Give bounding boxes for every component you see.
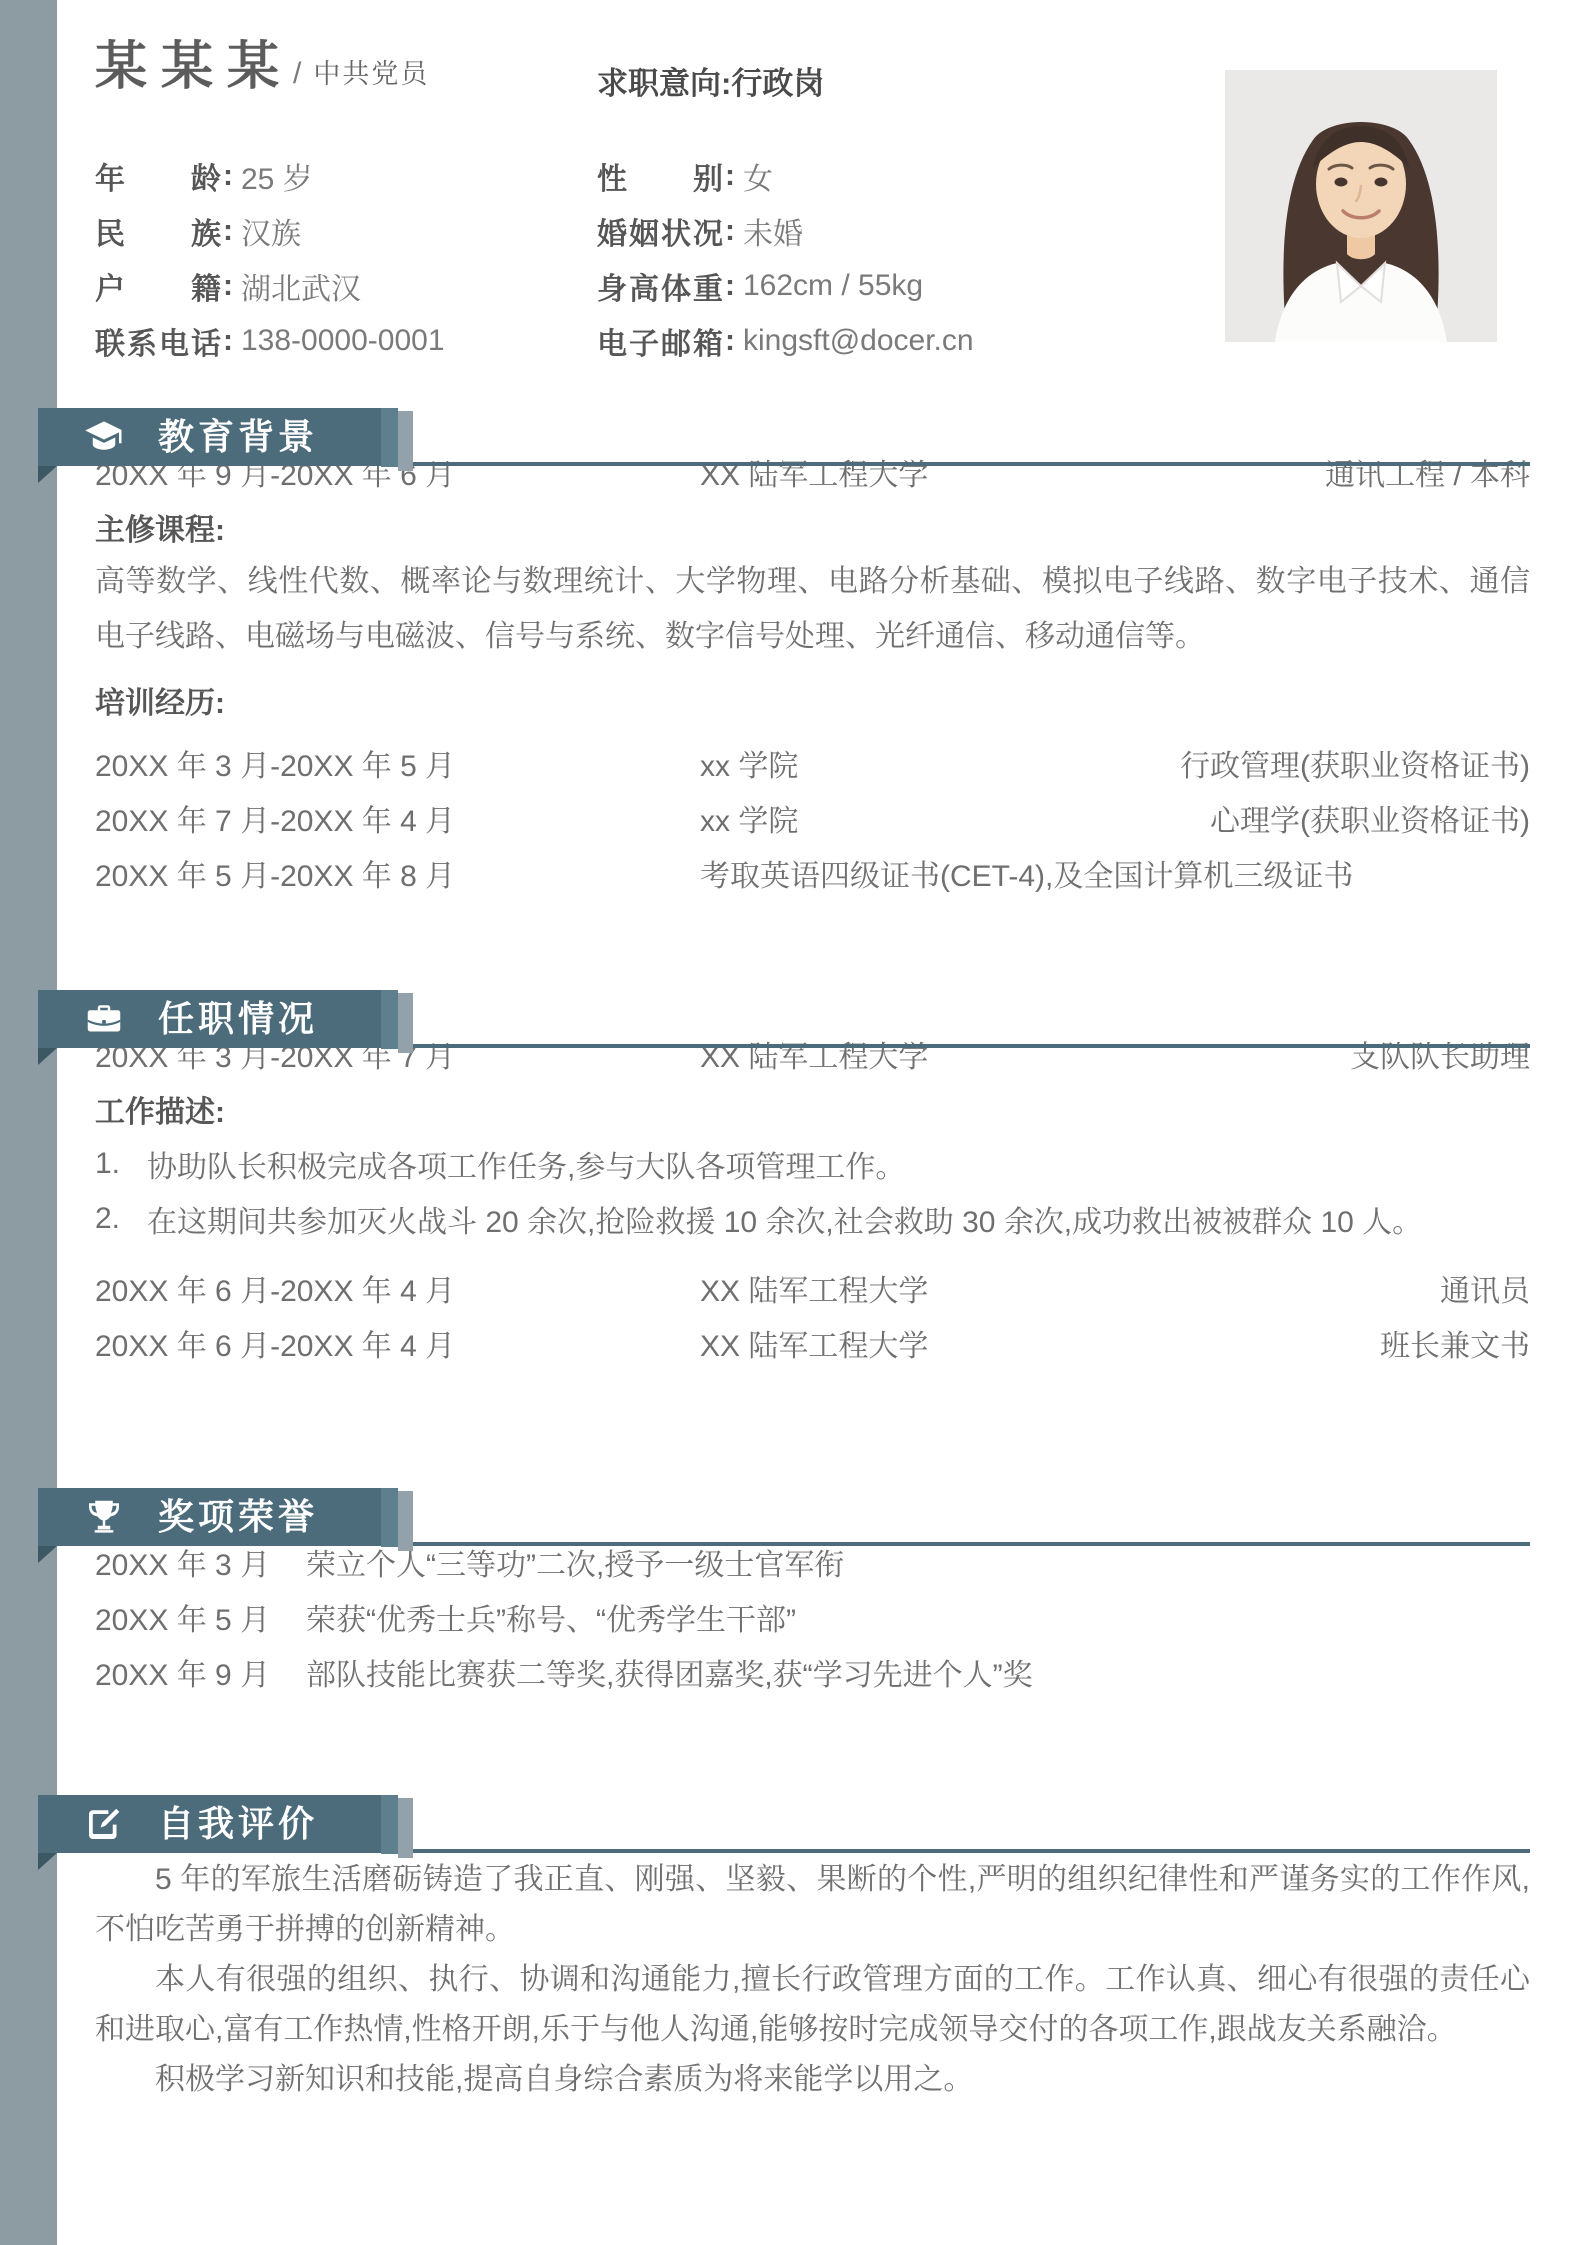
- work-desc-item: 1. 协助队长积极完成各项工作任务,参与大队各项管理工作。: [95, 1136, 1530, 1191]
- field-height-weight: 身高体重:162cm / 55kg: [597, 258, 974, 313]
- field-phone: 联系电话:138-0000-0001: [95, 313, 445, 368]
- work-desc-item: 2. 在这期间共参加灭火战斗 20 余次,抢险救援 10 余次,社会救助 30 …: [95, 1191, 1530, 1246]
- field-residence: 户籍:湖北武汉: [95, 258, 445, 313]
- ribbon-rule: [381, 1542, 1530, 1546]
- award-row: 20XX 年 5 月 荣获“优秀士兵”称号、“优秀学生干部”: [95, 1589, 1530, 1644]
- school-name: XX 陆军工程大学: [700, 450, 1325, 494]
- trophy-icon: [84, 1497, 124, 1537]
- section-education: 教育背景 20XX 年 9 月-20XX 年 6 月 XX 陆军工程大学 通讯工…: [0, 408, 1587, 900]
- field-gender: 性别:女: [597, 148, 974, 203]
- name-party-separator: /: [293, 57, 301, 91]
- self-eval-paragraph: 本人有很强的组织、执行、协调和沟通能力,擅长行政管理方面的工作。工作认真、细心有…: [95, 1955, 1530, 2055]
- name-block: 某某某 / 中共党员: [95, 42, 429, 94]
- ribbon-rule: [381, 462, 1530, 466]
- section-title: 教育背景: [158, 419, 318, 455]
- section-awards: 奖项荣誉 20XX 年 3 月 荣立个人“三等功”二次,授予一级士官军衔 20X…: [0, 1488, 1587, 1699]
- field-marital-status: 婚姻状况:未婚: [597, 203, 974, 258]
- award-text: 荣获“优秀士兵”称号、“优秀学生干部”: [306, 1595, 796, 1639]
- work-row: 20XX 年 6 月-20XX 年 4 月 XX 陆军工程大学 通讯员: [95, 1260, 1530, 1315]
- section-title: 自我评价: [158, 1806, 318, 1842]
- ribbon-fold: [38, 1048, 57, 1065]
- job-objective-label: 求职意向: [597, 66, 721, 101]
- self-eval-paragraph: 5 年的军旅生活磨砺铸造了我正直、刚强、坚毅、果断的个性,严明的组织纪律性和严谨…: [95, 1855, 1530, 1955]
- field-age: 年龄:25 岁: [95, 148, 445, 203]
- ribbon-mid-tab: [381, 1795, 398, 1854]
- ribbon-fold: [38, 1853, 57, 1870]
- major-degree: 通讯工程 / 本科: [1325, 450, 1530, 494]
- award-date: 20XX 年 5 月: [95, 1595, 306, 1639]
- courses-label: 主修课程:: [95, 499, 1530, 554]
- section-work: 任职情况 20XX 年 3 月-20XX 年 7 月 XX 陆军工程大学 支队队…: [0, 990, 1587, 1370]
- award-date: 20XX 年 3 月: [95, 1540, 306, 1584]
- org-name: XX 陆军工程大学: [700, 1032, 1350, 1076]
- section-title: 奖项荣誉: [158, 1499, 318, 1535]
- ribbon-end-tab: [398, 993, 413, 1053]
- ribbon-end-tab: [398, 411, 413, 471]
- training-row: 20XX 年 3 月-20XX 年 5 月 xx 学院 行政管理(获职业资格证书…: [95, 735, 1530, 790]
- training-row: 20XX 年 7 月-20XX 年 4 月 xx 学院 心理学(获职业资格证书): [95, 790, 1530, 845]
- briefcase-icon: [84, 999, 124, 1039]
- personal-fields-left: 年龄:25 岁 民族:汉族 户籍:湖北武汉 联系电话:138-0000-0001: [95, 148, 445, 368]
- section-self-evaluation: 自我评价 5 年的军旅生活磨砺铸造了我正直、刚强、坚毅、果断的个性,严明的组织纪…: [0, 1795, 1587, 2105]
- candidate-name: 某某某: [95, 42, 293, 94]
- job-objective-value: 行政岗: [731, 66, 824, 101]
- award-date: 20XX 年 9 月: [95, 1650, 306, 1694]
- ribbon-mid-tab: [381, 408, 398, 467]
- ribbon-rule: [381, 1849, 1530, 1853]
- pen-square-icon: [84, 1804, 124, 1844]
- ribbon-mid-tab: [381, 990, 398, 1049]
- ribbon-fold: [38, 466, 57, 483]
- resume-page: 某某某 / 中共党员 求职意向:行政岗 年龄:25 岁 民族:汉族 户籍:湖北武…: [0, 0, 1587, 2245]
- award-row: 20XX 年 9 月 部队技能比赛获二等奖,获得团嘉奖,获“学习先进个人”奖: [95, 1644, 1530, 1699]
- courses-text: 高等数学、线性代数、概率论与数理统计、大学物理、电路分析基础、模拟电子线路、数字…: [95, 554, 1530, 664]
- ribbon-end-tab: [398, 1491, 413, 1551]
- work-desc-label: 工作描述:: [95, 1081, 1530, 1136]
- position-title: 支队队长助理: [1350, 1032, 1530, 1076]
- ribbon-fold: [38, 1546, 57, 1563]
- award-text: 部队技能比赛获二等奖,获得团嘉奖,获“学习先进个人”奖: [306, 1650, 1033, 1694]
- ribbon-end-tab: [398, 1798, 413, 1858]
- portrait-illustration: [1225, 70, 1497, 342]
- personal-fields-right: 性别:女 婚姻状况:未婚 身高体重:162cm / 55kg 电子邮箱:king…: [597, 148, 974, 368]
- training-label: 培训经历:: [95, 672, 1530, 727]
- ribbon-mid-tab: [381, 1488, 398, 1547]
- work-row: 20XX 年 6 月-20XX 年 4 月 XX 陆军工程大学 班长兼文书: [95, 1315, 1530, 1370]
- field-ethnicity: 民族:汉族: [95, 203, 445, 258]
- field-email: 电子邮箱:kingsft@docer.cn: [597, 313, 974, 368]
- party-membership: 中共党员: [313, 52, 429, 91]
- self-eval-paragraph: 积极学习新知识和技能,提高自身综合素质为将来能学以用之。: [95, 2055, 1530, 2105]
- section-title: 任职情况: [158, 1001, 318, 1037]
- graduation-cap-icon: [84, 417, 124, 457]
- job-objective: 求职意向:行政岗: [597, 58, 824, 103]
- ribbon-rule: [381, 1044, 1530, 1048]
- profile-photo: [1225, 70, 1497, 342]
- training-row: 20XX 年 5 月-20XX 年 8 月 考取英语四级证书(CET-4),及全…: [95, 845, 1530, 900]
